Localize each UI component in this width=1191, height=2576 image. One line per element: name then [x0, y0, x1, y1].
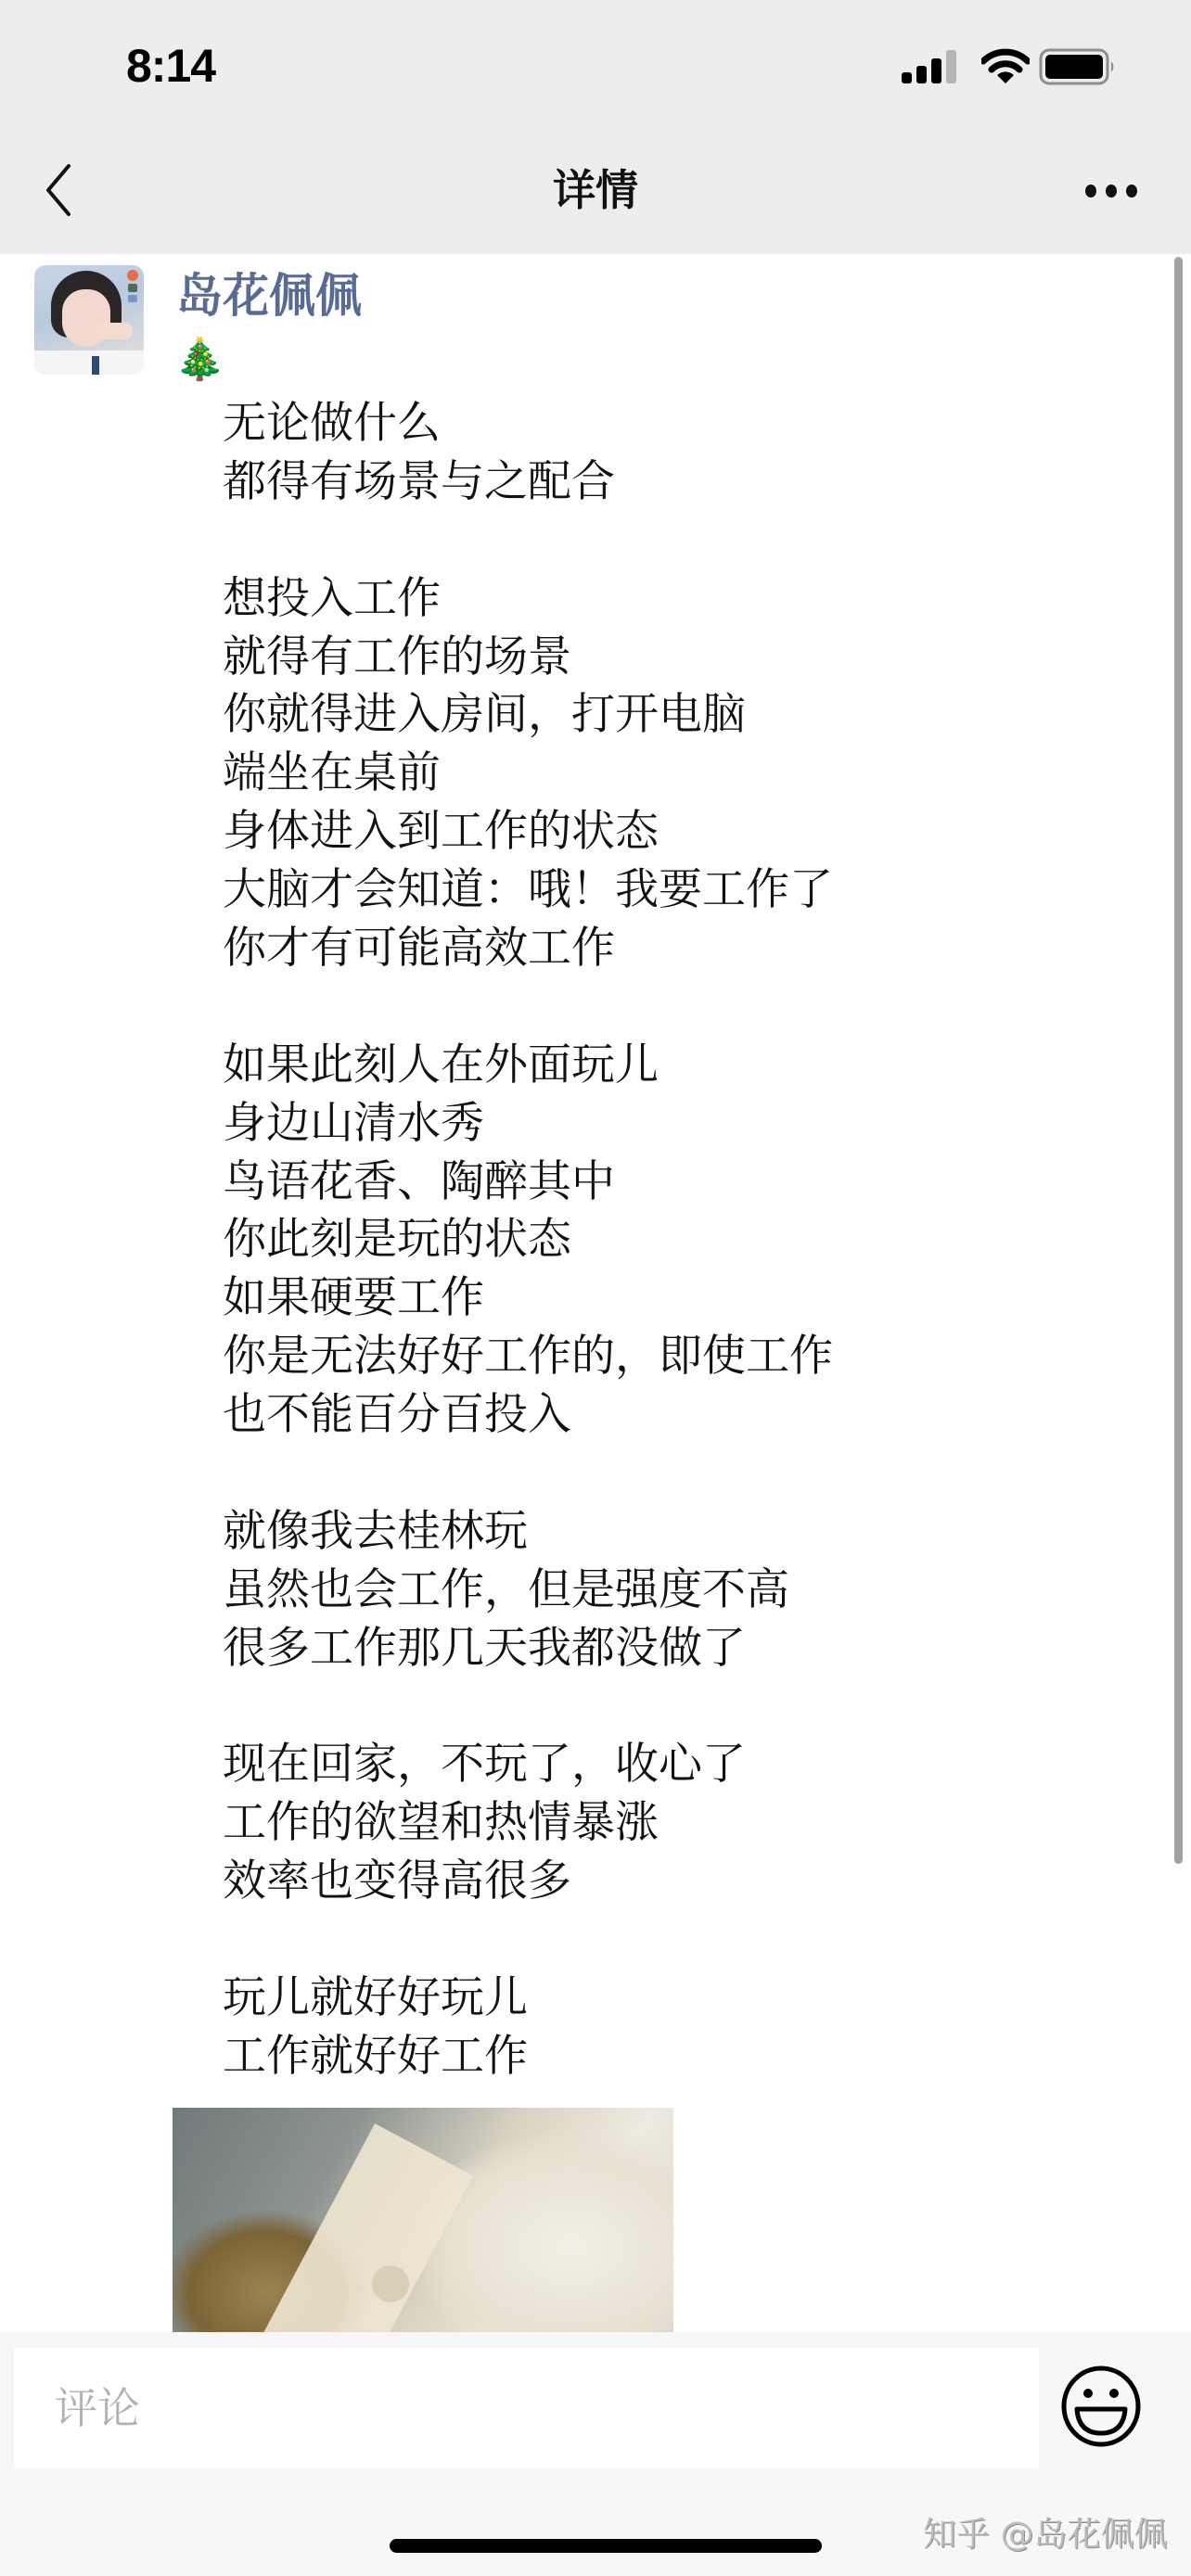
wifi-icon — [981, 48, 1030, 85]
smiley-face-icon[interactable] — [1060, 2365, 1142, 2448]
top-bar: 8:14 详情 — [0, 0, 1191, 254]
page-title: 详情 — [0, 162, 1191, 218]
status-time: 8:14 — [126, 39, 215, 93]
post-line: 想投入工作 — [223, 570, 1150, 629]
post-line: 端坐在桌前 — [223, 745, 1150, 803]
more-options-button[interactable] — [1083, 176, 1139, 204]
post-line: 工作的欲望和热情暴涨 — [223, 1794, 1150, 1853]
post-line: 你才有可能高效工作 — [223, 920, 1150, 978]
post-line: 都得有场景与之配合 — [223, 453, 1150, 512]
post-line: 也不能百分百投入 — [223, 1386, 1150, 1445]
status-icons — [900, 48, 1141, 85]
cellular-signal-icon — [900, 48, 957, 85]
post-line — [223, 1445, 1150, 1503]
post-body: 无论做什么 都得有场景与之配合 想投入工作 就得有工作的场景 你就得进入房间，打… — [223, 395, 1150, 2086]
comment-bar: 知乎 @岛花佩佩 — [0, 2332, 1191, 2576]
post-line: 就像我去桂林玩 — [223, 1503, 1150, 1562]
scrollbar[interactable] — [1174, 257, 1183, 1864]
post-line: 无论做什么 — [223, 395, 1150, 453]
post-line: 鸟语花香、陶醉其中 — [223, 1154, 1150, 1212]
post-line: 就得有工作的场景 — [223, 629, 1150, 687]
post-line: 玩儿就好好玩儿 — [223, 1970, 1150, 2028]
post-line — [223, 1678, 1150, 1737]
post-line: 你是无法好好工作的，即使工作 — [223, 1328, 1150, 1386]
post-line: 你就得进入房间，打开电脑 — [223, 686, 1150, 745]
comment-input[interactable] — [14, 2348, 1039, 2468]
post-line: 效率也变得高很多 — [223, 1853, 1150, 1911]
post-line — [223, 512, 1150, 570]
post-line: 大脑才会知道：哦！我要工作了 — [223, 861, 1150, 920]
post-line — [223, 1911, 1150, 1970]
avatar[interactable] — [34, 265, 144, 375]
christmas-tree-icon: 🎄 — [174, 334, 225, 386]
post-line: 如果硬要工作 — [223, 1269, 1150, 1328]
post-line: 虽然也会工作，但是强度不高 — [223, 1562, 1150, 1620]
post-image[interactable] — [173, 2108, 673, 2351]
post-line: 你此刻是玩的状态 — [223, 1211, 1150, 1269]
post-line: 身体进入到工作的状态 — [223, 803, 1150, 861]
post-line: 工作就好好工作 — [223, 2028, 1150, 2086]
post-line — [223, 978, 1150, 1037]
battery-full-icon — [1039, 48, 1117, 85]
watermark: 知乎 @岛花佩佩 — [923, 2508, 1167, 2556]
post-line: 身边山清水秀 — [223, 1095, 1150, 1154]
home-indicator[interactable] — [390, 2539, 822, 2553]
post-line: 现在回家，不玩了，收心了 — [223, 1736, 1150, 1794]
post-line: 如果此刻人在外面玩儿 — [223, 1037, 1150, 1095]
post-line: 很多工作那几天我都没做了 — [223, 1620, 1150, 1678]
author-name[interactable]: 岛花佩佩 — [176, 265, 362, 326]
